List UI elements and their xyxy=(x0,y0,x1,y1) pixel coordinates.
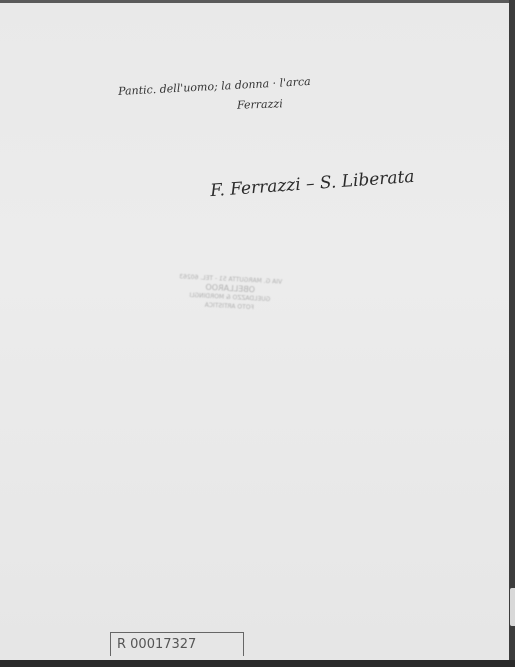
scan-right-edge xyxy=(509,0,515,667)
handwritten-caption: Pantic. dell'uomo; la donna · l'arca xyxy=(118,75,311,98)
scan-bottom-edge xyxy=(0,660,515,667)
scan-top-edge xyxy=(0,0,515,3)
handwritten-artist-name: Ferrazzi xyxy=(237,97,283,112)
paper-tab xyxy=(510,588,515,626)
mirrored-stamp: VIA G. MARGUTTA 51 - TEL. 60263 OBELLARO… xyxy=(169,272,291,314)
archive-label: R 00017327 xyxy=(110,632,244,656)
photo-back-paper: Pantic. dell'uomo; la donna · l'arca Fer… xyxy=(0,0,509,660)
handwritten-signature-line: F. Ferrazzi – S. Liberata xyxy=(210,167,416,201)
